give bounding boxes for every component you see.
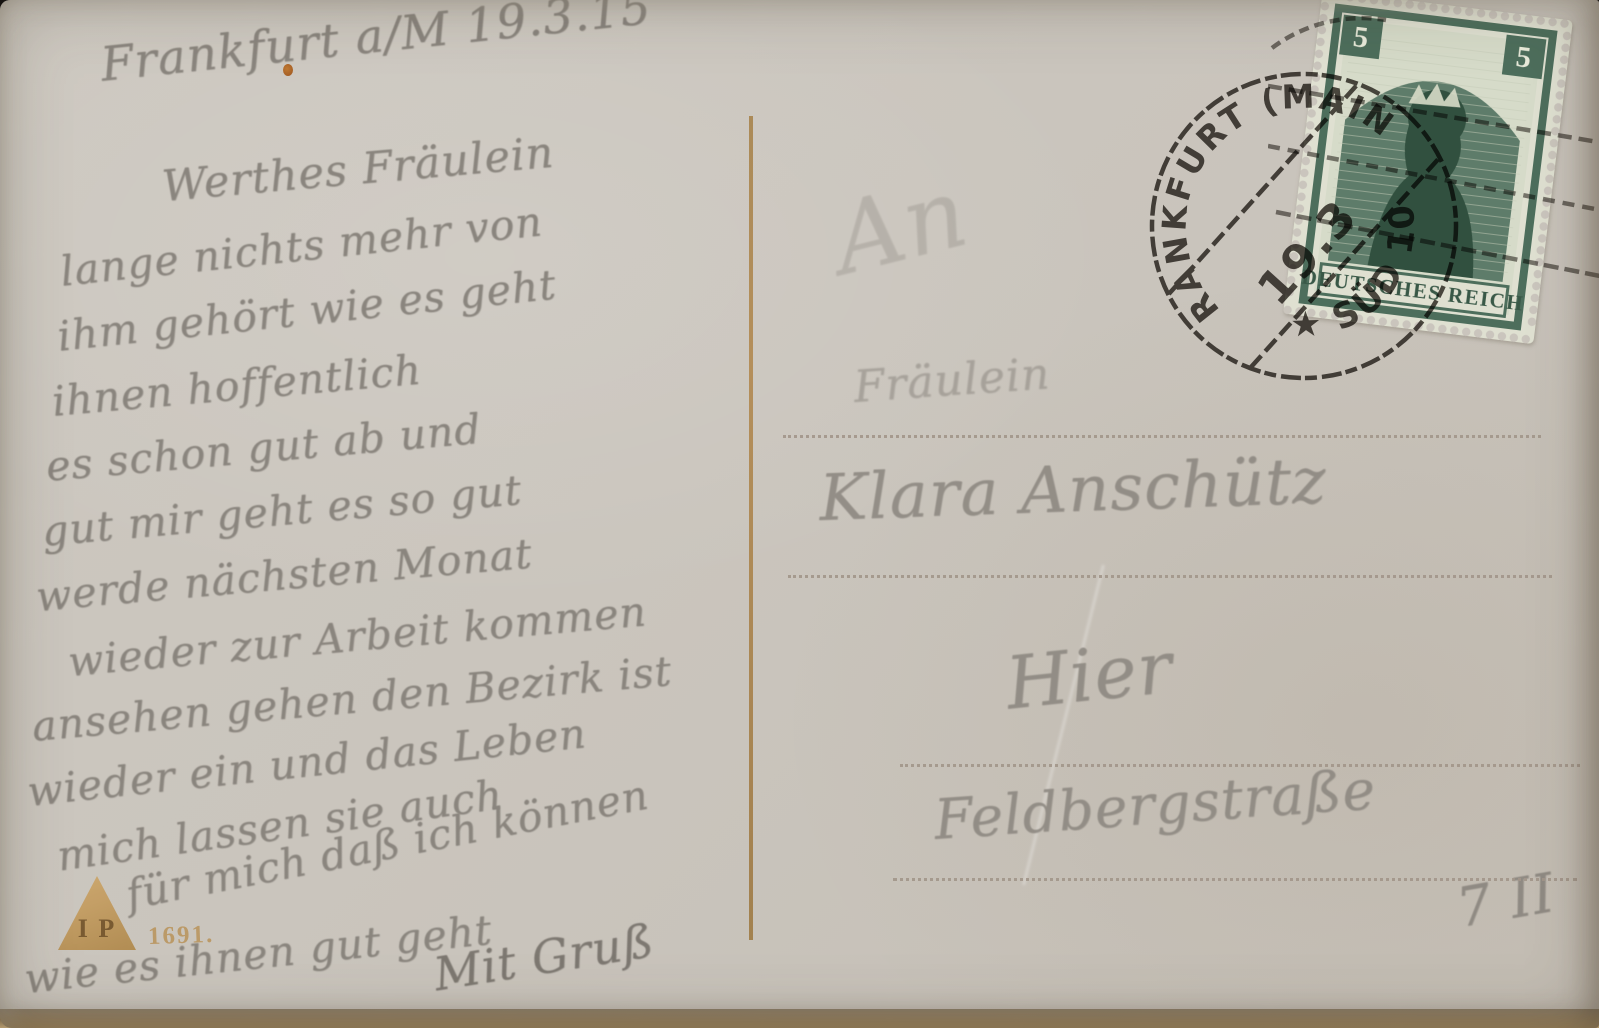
address-dotted-line [783, 435, 1541, 438]
handwriting-dateline: Frankfurt a/M 19.3.15 [98, 0, 654, 93]
address-dotted-line [900, 764, 1580, 767]
cancel-stroke [1268, 146, 1599, 210]
address-ghost-word: An [822, 156, 978, 297]
address-street: Feldbergstraße [932, 757, 1378, 852]
cancel-arc-fragment [1272, 18, 1386, 48]
publisher-series-number: 1691. [148, 921, 215, 951]
cancel-extra-strokes [1268, 14, 1599, 354]
address-city: Hier [1002, 625, 1177, 726]
address-honorific: Fräulein [852, 348, 1052, 413]
publisher-logo-letters: I P [78, 914, 117, 950]
address-house-floor: 7 II [1452, 861, 1560, 940]
cancel-stroke [1268, 86, 1598, 142]
postcard-back: Frankfurt a/M 19.3.15 Werthes Fräulein l… [0, 0, 1599, 1028]
card-bottom-edge [0, 1009, 1599, 1028]
handwriting-salutation: Werthes Fräulein [160, 128, 556, 212]
cancel-stroke [1276, 212, 1599, 276]
center-divider-line [749, 116, 753, 940]
address-recipient-name: Klara Anschütz [818, 444, 1328, 536]
postcard-photo: Frankfurt a/M 19.3.15 Werthes Fräulein l… [0, 0, 1599, 1028]
address-dotted-line [788, 575, 1552, 578]
address-dotted-line [893, 878, 1577, 881]
